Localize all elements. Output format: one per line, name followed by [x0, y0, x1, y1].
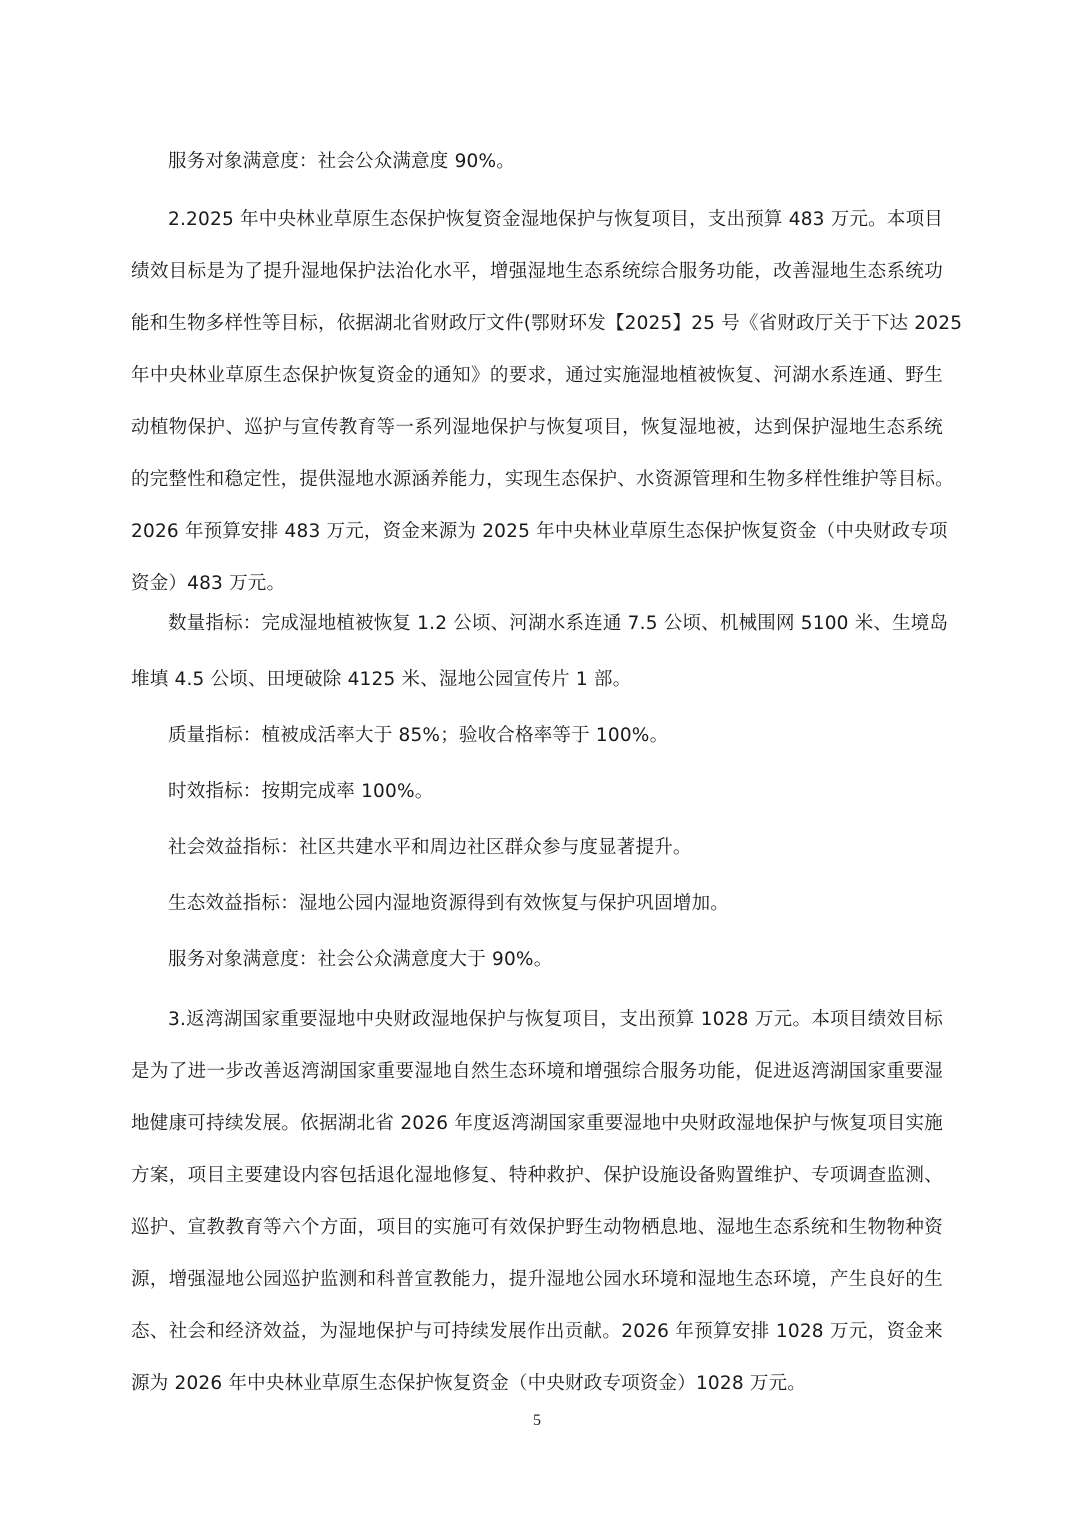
text-line: 时效指标：按期完成率 100%。: [168, 780, 943, 804]
text-line: 是为了进一步改善返湾湖国家重要湿地自然生态环境和增强综合服务功能，促进返湾湖国家…: [131, 1060, 943, 1084]
text-line: 堆填 4.5 公顷、田埂破除 4125 米、湿地公园宣传片 1 部。: [131, 668, 943, 692]
text-line: 源，增强湿地公园巡护监测和科普宣教能力，提升湿地公园水环境和湿地生态环境，产生良…: [131, 1268, 943, 1292]
text-line: 资金）483 万元。: [131, 572, 943, 596]
text-line: 源为 2026 年中央林业草原生态保护恢复资金（中央财政专项资金）1028 万元…: [131, 1372, 943, 1396]
text-line: 能和生物多样性等目标，依据湖北省财政厅文件(鄂财环发【2025】25 号《省财政…: [131, 312, 943, 336]
page-number: 5: [0, 1412, 1074, 1430]
text-line: 社会效益指标：社区共建水平和周边社区群众参与度显著提升。: [168, 836, 943, 860]
text-line: 服务对象满意度：社会公众满意度大于 90%。: [168, 948, 943, 972]
text-line: 动植物保护、巡护与宣传教育等一系列湿地保护与恢复项目，恢复湿地被，达到保护湿地生…: [131, 416, 943, 440]
text-line: 的完整性和稳定性，提供湿地水源涵养能力，实现生态保护、水资源管理和生物多样性维护…: [131, 468, 943, 492]
text-line: 地健康可持续发展。依据湖北省 2026 年度返湾湖国家重要湿地中央财政湿地保护与…: [131, 1112, 943, 1136]
text-line: 服务对象满意度：社会公众满意度 90%。: [168, 150, 943, 174]
text-line: 质量指标：植被成活率大于 85%；验收合格率等于 100%。: [168, 724, 943, 748]
text-line: 绩效目标是为了提升湿地保护法治化水平，增强湿地生态系统综合服务功能，改善湿地生态…: [131, 260, 943, 284]
text-line: 生态效益指标：湿地公园内湿地资源得到有效恢复与保护巩固增加。: [168, 892, 943, 916]
text-line: 年中央林业草原生态保护恢复资金的通知》的要求，通过实施湿地植被恢复、河湖水系连通…: [131, 364, 943, 388]
text-line: 3.返湾湖国家重要湿地中央财政湿地保护与恢复项目，支出预算 1028 万元。本项…: [168, 1008, 943, 1032]
text-line: 2.2025 年中央林业草原生态保护恢复资金湿地保护与恢复项目，支出预算 483…: [168, 208, 943, 232]
document-page: 服务对象满意度：社会公众满意度 90%。2.2025 年中央林业草原生态保护恢复…: [0, 0, 1074, 1520]
text-line: 2026 年预算安排 483 万元，资金来源为 2025 年中央林业草原生态保护…: [131, 520, 943, 544]
text-line: 数量指标：完成湿地植被恢复 1.2 公顷、河湖水系连通 7.5 公顷、机械围网 …: [168, 612, 943, 636]
text-line: 方案，项目主要建设内容包括退化湿地修复、特种救护、保护设施设备购置维护、专项调查…: [131, 1164, 943, 1188]
text-line: 态、社会和经济效益，为湿地保护与可持续发展作出贡献。2026 年预算安排 102…: [131, 1320, 943, 1344]
text-line: 巡护、宣教教育等六个方面，项目的实施可有效保护野生动物栖息地、湿地生态系统和生物…: [131, 1216, 943, 1240]
